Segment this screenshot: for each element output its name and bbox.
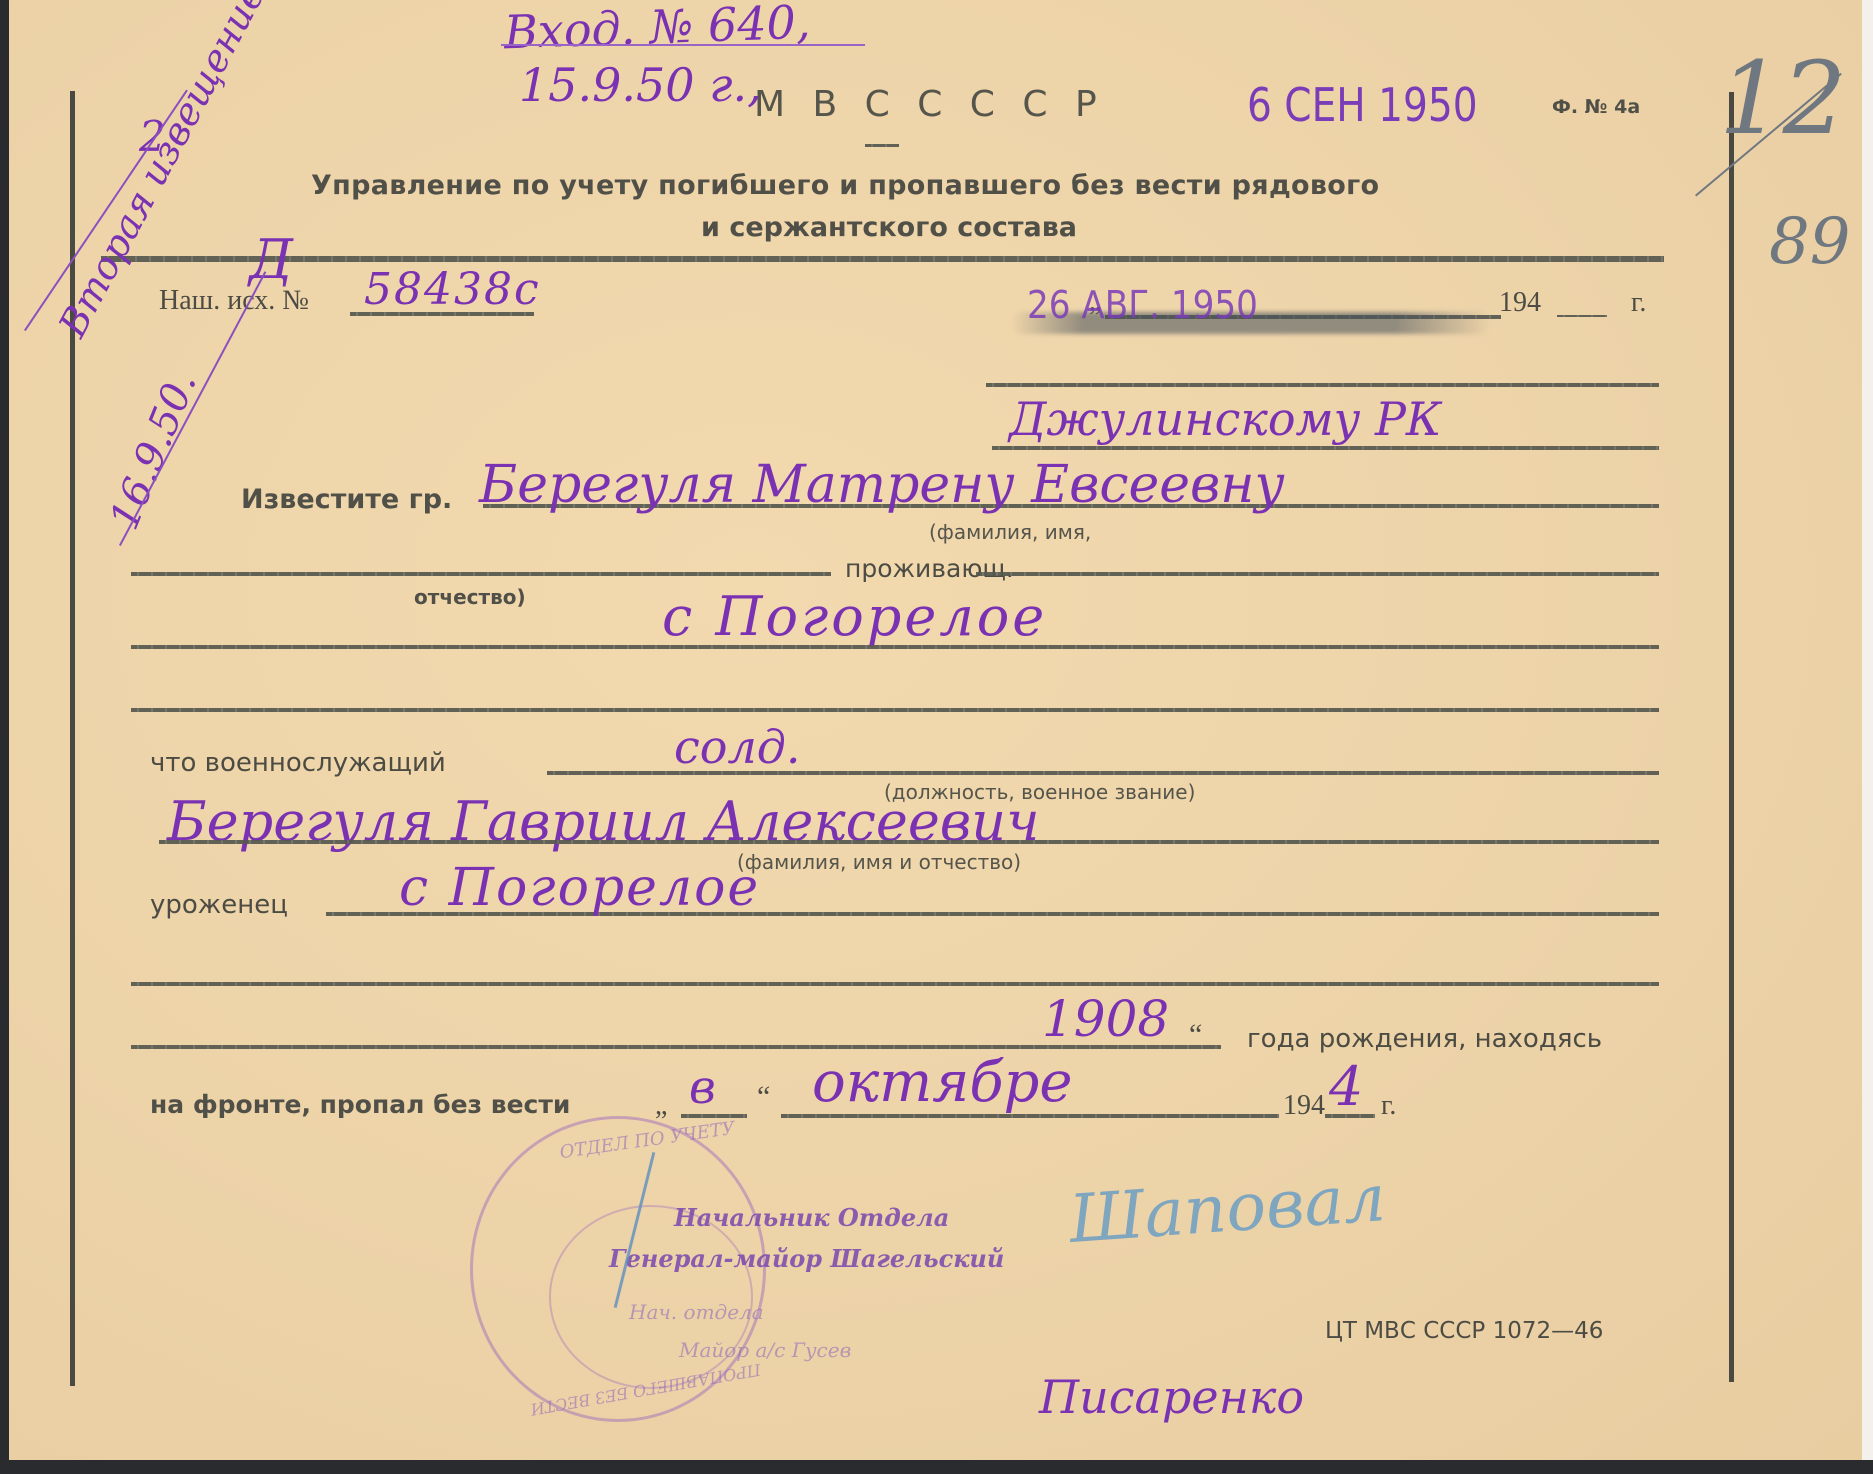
form-number: Ф. № 4а [1552, 96, 1640, 118]
native-line-2 [131, 982, 1659, 986]
margin-initial: Д [249, 228, 293, 291]
header-divider [101, 256, 1664, 262]
serviceman-name-line [159, 840, 1659, 844]
struck-sheet-number: 12 [1719, 40, 1846, 157]
scan-left-edge [0, 0, 9, 1460]
missing-open-quote: „ [655, 1090, 667, 1122]
ministry-underline [865, 144, 899, 147]
native-label: уроженец [150, 890, 288, 920]
document-sheet: М В С С С С Р Ф. № 4а Управление по учет… [9, 0, 1862, 1460]
birth-close-quote: “ [1189, 1018, 1202, 1052]
official-signature: Шаповал [1067, 1159, 1388, 1258]
printer-mark: ЦТ МВС СССР 1072—46 [1325, 1318, 1603, 1344]
notify-label: Известите гр. [241, 484, 452, 515]
signature-stamp-line3: Нач. отдела [629, 1300, 764, 1324]
missing-close-quote: “ [757, 1080, 770, 1114]
missing-year-suffix: г. [1381, 1090, 1396, 1122]
missing-label: на фронте, пропал без вести [150, 1090, 570, 1119]
missing-year-prefix: 194 [1283, 1090, 1325, 1122]
date-year-prefix: 194 [1499, 287, 1541, 319]
incoming-number: Вход. № 640, [503, 0, 811, 59]
notified-person-value: Берегуля Матрену Евсеевну [479, 455, 1285, 515]
missing-year-value: 4 [1329, 1055, 1363, 1118]
residing-field-line-right [976, 572, 1659, 576]
clerk-signature: Писаренко [1039, 1370, 1304, 1424]
residence-line-2 [131, 708, 1659, 712]
missing-day-line [681, 1114, 747, 1118]
margin-date: 16.9.50. [101, 365, 206, 536]
ministry-title: М В С С С С Р [754, 84, 1105, 125]
addressee-line-2 [992, 446, 1659, 450]
fullname-hint: (фамилия, имя и отчество) [737, 850, 1021, 874]
scan-right-edge [1862, 0, 1873, 1460]
outgoing-number-value: 58438с [364, 264, 541, 315]
addressee-value: Джулинскому РК [1009, 392, 1442, 446]
residing-field-line-left [131, 572, 831, 576]
rank-value: солд. [674, 720, 801, 774]
birthplace-value: с Погорелое [399, 858, 760, 918]
incoming-date: 15.9.50 г., [519, 58, 762, 112]
serviceman-label: что военнослужащий [150, 748, 446, 778]
name-hint: (фамилия, имя, [929, 520, 1091, 544]
date-year-field-line [1557, 315, 1607, 317]
scan-bottom-edge [0, 1460, 1873, 1474]
signature-stamp-line4: Майор а/с Гусев [679, 1338, 851, 1362]
residence-value: с Погорелое [662, 585, 1047, 648]
missing-month-value: октябре [812, 1050, 1073, 1115]
patronymic-hint: отчество) [414, 585, 526, 609]
department-title-line1: Управление по учету погибшего и пропавше… [311, 170, 1379, 201]
missing-day-value: в [689, 1060, 716, 1114]
addressee-line-1 [986, 383, 1659, 387]
birth-year-label: года рождения, находясь [1247, 1024, 1602, 1054]
sheet-number: 89 [1769, 205, 1850, 279]
residence-line-1 [131, 645, 1659, 649]
received-date-stamp: 6 СЕН 1950 [1247, 78, 1478, 132]
right-border-line [1729, 92, 1734, 1382]
incoming-number-underline [501, 44, 865, 46]
date-year-suffix: г. [1631, 287, 1646, 319]
issued-date-stamp: 26 АВГ. 1950 [1027, 283, 1258, 327]
residing-label: проживающ. [845, 554, 1014, 583]
birth-year-value: 1908 [1042, 990, 1169, 1048]
signature-stamp-line1: Начальник Отдела [674, 1203, 949, 1232]
signature-stamp-line2: Генерал-майор Шагельский [609, 1244, 1004, 1273]
department-title-line2: и сержантского состава [701, 212, 1077, 243]
